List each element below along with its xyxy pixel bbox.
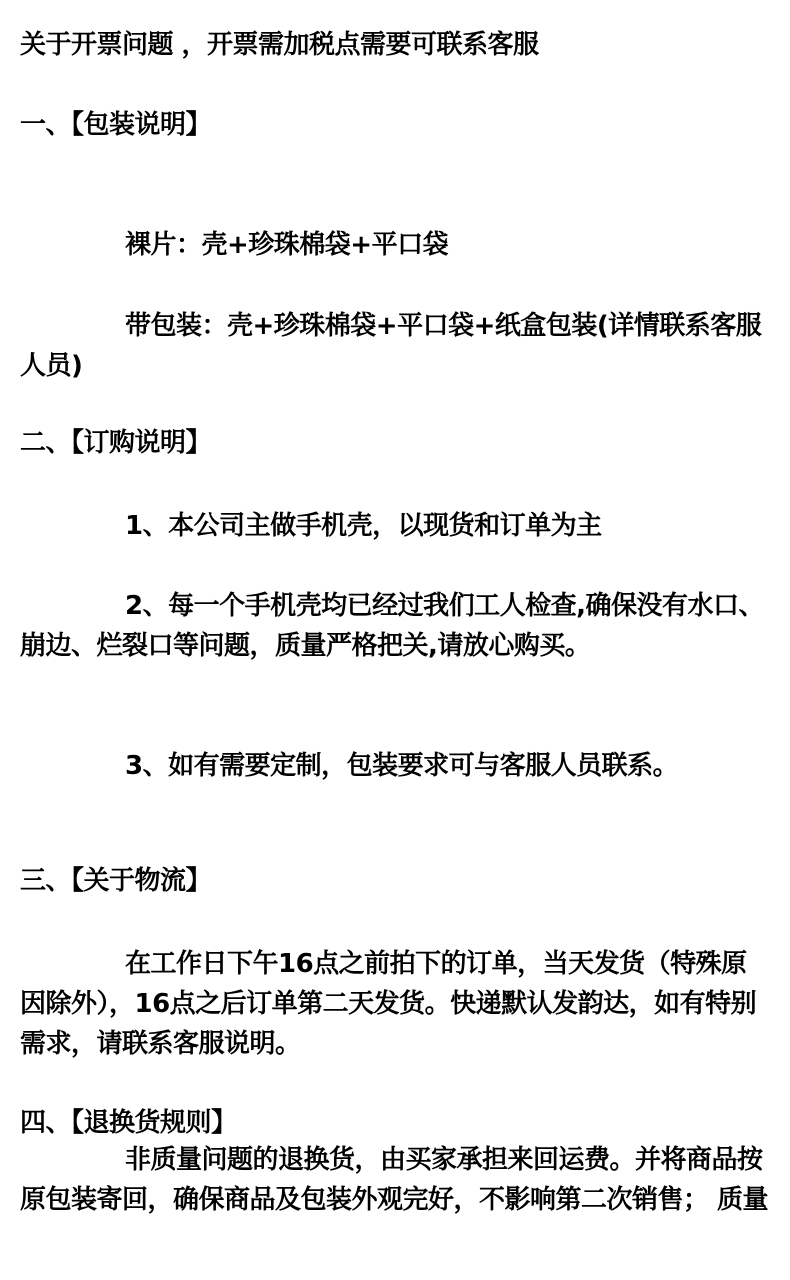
ordering-item-3: 3、如有需要定制，包装要求可与客服人员联系。 [20, 746, 772, 786]
ordering-item-1: 1、本公司主做手机壳，以现货和订单为主 [20, 506, 772, 546]
section-heading-packaging: 一、【包装说明】 [20, 108, 211, 142]
ordering-item-2: 2、每一个手机壳均已经过我们工人检查,确保没有水口、崩边、烂裂口等问题，质量严格… [20, 586, 772, 666]
returns-text: 非质量问题的退换货，由买家承担来回运费。并将商品按原包装寄回，确保商品及包装外观… [20, 1140, 772, 1220]
packaging-bare: 裸片：壳+珍珠棉袋+平口袋 [125, 228, 448, 262]
intro-text: 关于开票问题 ，开票需加税点需要可联系客服 [20, 28, 539, 62]
section-heading-returns: 四、【退换货规则】 [20, 1106, 237, 1140]
section-heading-logistics: 三、【关于物流】 [20, 864, 211, 898]
logistics-text: 在工作日下午16点之前拍下的订单，当天发货（特殊原因除外），16点之后订单第二天… [20, 944, 772, 1064]
packaging-boxed: 带包装：壳+珍珠棉袋+平口袋+纸盒包装(详情联系客服人员) [20, 306, 772, 386]
section-heading-ordering: 二、【订购说明】 [20, 426, 211, 460]
